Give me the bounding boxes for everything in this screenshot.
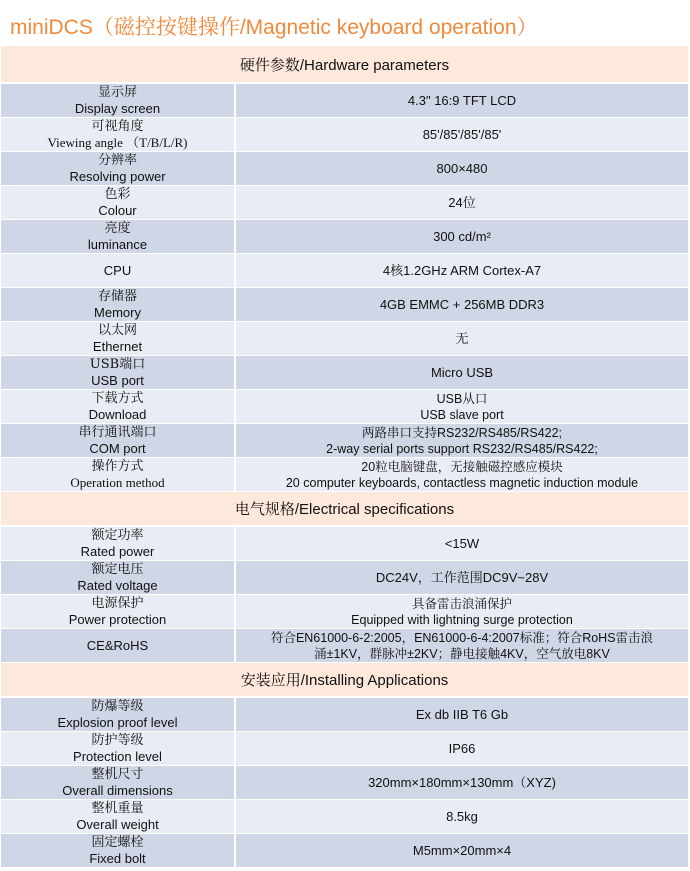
table-row: CPU4核1.2GHz ARM Cortex-A7 (1, 254, 688, 288)
spec-label-cell: 操作方式Operation method (1, 458, 236, 491)
spec-label-en: Power protection (69, 612, 167, 628)
section-header: 电气规格/Electrical specifications (1, 492, 688, 527)
spec-label-en: Display screen (75, 101, 160, 117)
spec-value-cell: USB从口USB slave port (236, 390, 688, 423)
spec-label-cell: 额定功率Rated power (1, 527, 236, 560)
spec-label-en: CPU (104, 263, 131, 279)
spec-label-cell: CE&RoHS (1, 629, 236, 662)
spec-label-cell: 整机重量Overall weight (1, 800, 236, 833)
spec-value-line: 涌±1KV，群脉冲±2KV；静电接触4KV，空气放电8KV (314, 646, 610, 662)
spec-value-line: 4核1.2GHz ARM Cortex-A7 (383, 263, 541, 279)
spec-value-line: 符合EN61000-6-2:2005，EN61000-6-4:2007标准；符合… (271, 630, 653, 646)
spec-label-zh: 色彩 (104, 187, 130, 203)
table-row: 色彩Colour24位 (1, 186, 688, 220)
spec-label-en: Protection level (73, 749, 162, 765)
spec-value-line: Equipped with lightning surge protection (351, 612, 573, 628)
spec-value-cell: 800×480 (236, 152, 688, 185)
table-row: 存储器Memory4GB EMMC + 256MB DDR3 (1, 288, 688, 322)
spec-label-zh: 整机重量 (91, 801, 143, 817)
spec-value-cell: DC24V，工作范围DC9V~28V (236, 561, 688, 594)
table-row: 防护等级Protection levelIP66 (1, 732, 688, 766)
spec-value-line: 20 computer keyboards, contactless magne… (286, 475, 638, 491)
spec-value-cell: 无 (236, 322, 688, 355)
spec-label-cell: 色彩Colour (1, 186, 236, 219)
spec-value-cell: 24位 (236, 186, 688, 219)
spec-label-zh: 操作方式 (91, 459, 143, 475)
spec-label-zh: 亮度 (104, 221, 130, 237)
spec-label-cell: USB端口USB port (1, 356, 236, 389)
table-row: 串行通讯端口COM port两路串口支持RS232/RS485/RS422;2-… (1, 424, 688, 458)
spec-value-cell: M5mm×20mm×4 (236, 834, 688, 867)
spec-label-zh: USB端口 (90, 357, 145, 373)
spec-label-en: Explosion proof level (58, 715, 178, 731)
spec-value-line: IP66 (449, 741, 476, 757)
table-row: 可视角度Viewing angle （T/B/L/R)85'/85'/85'/8… (1, 118, 688, 152)
spec-label-cell: 显示屏Display screen (1, 84, 236, 117)
spec-label-en: COM port (89, 441, 145, 457)
table-row: 显示屏Display screen4.3" 16:9 TFT LCD (1, 84, 688, 118)
spec-value-cell: IP66 (236, 732, 688, 765)
spec-label-cell: 亮度luminance (1, 220, 236, 253)
spec-value-cell: 4核1.2GHz ARM Cortex-A7 (236, 254, 688, 287)
spec-value-line: 无 (455, 331, 468, 347)
table-row: 以太网Ethernet无 (1, 322, 688, 356)
spec-label-en: Rated power (81, 544, 155, 560)
spec-value-line: M5mm×20mm×4 (413, 843, 511, 859)
spec-value-cell: 8.5kg (236, 800, 688, 833)
spec-label-zh: 电源保护 (91, 596, 143, 612)
spec-value-line: 320mm×180mm×130mm（XYZ) (368, 775, 556, 791)
spec-label-zh: 可视角度 (91, 119, 143, 135)
section-header: 硬件参数/Hardware parameters (1, 46, 688, 84)
spec-label-en: Overall dimensions (62, 783, 173, 799)
spec-value-line: DC24V，工作范围DC9V~28V (376, 570, 548, 586)
spec-value-cell: 20粒电脑键盘，无接触磁控感应模块20 computer keyboards, … (236, 458, 688, 491)
spec-label-zh: 显示屏 (98, 85, 137, 101)
spec-value-line: 20粒电脑键盘，无接触磁控感应模块 (361, 459, 562, 475)
table-row: 额定功率Rated power<15W (1, 527, 688, 561)
table-row: 亮度luminance300 cd/m² (1, 220, 688, 254)
spec-table: 硬件参数/Hardware parameters显示屏Display scree… (1, 46, 688, 868)
spec-label-en: USB port (91, 373, 144, 389)
spec-label-cell: 防爆等级Explosion proof level (1, 698, 236, 731)
spec-value-line: 2-way serial ports support RS232/RS485/R… (326, 441, 598, 457)
spec-label-en: CE&RoHS (87, 638, 148, 654)
spec-value-line: Ex db IIB T6 Gb (416, 707, 508, 723)
table-row: 下载方式DownloadUSB从口USB slave port (1, 390, 688, 424)
spec-value-cell: <15W (236, 527, 688, 560)
spec-label-cell: 以太网Ethernet (1, 322, 236, 355)
spec-value-line: 300 cd/m² (433, 229, 491, 245)
spec-value-cell: 4.3" 16:9 TFT LCD (236, 84, 688, 117)
table-row: CE&RoHS符合EN61000-6-2:2005，EN61000-6-4:20… (1, 629, 688, 663)
table-row: 操作方式Operation method20粒电脑键盘，无接触磁控感应模块20 … (1, 458, 688, 492)
spec-label-cell: 整机尺寸Overall dimensions (1, 766, 236, 799)
spec-label-cell: CPU (1, 254, 236, 287)
spec-label-en: Memory (94, 305, 141, 321)
spec-value-cell: 4GB EMMC + 256MB DDR3 (236, 288, 688, 321)
spec-value-line: 具备雷击浪涌保护 (412, 596, 512, 612)
spec-value-line: 8.5kg (446, 809, 478, 825)
spec-value-line: <15W (445, 536, 479, 552)
spec-label-en: Fixed bolt (89, 851, 145, 867)
spec-value-line: 24位 (448, 195, 475, 211)
spec-value-line: 4GB EMMC + 256MB DDR3 (380, 297, 544, 313)
table-row: 防爆等级Explosion proof levelEx db IIB T6 Gb (1, 698, 688, 732)
spec-label-en: Viewing angle （T/B/L/R) (47, 135, 187, 151)
spec-value-line: 85'/85'/85'/85' (423, 127, 502, 143)
spec-value-cell: Ex db IIB T6 Gb (236, 698, 688, 731)
spec-value-line: USB slave port (420, 407, 503, 423)
table-row: 整机尺寸Overall dimensions320mm×180mm×130mm（… (1, 766, 688, 800)
table-row: 分辨率Resolving power800×480 (1, 152, 688, 186)
spec-label-zh: 分辨率 (98, 153, 137, 169)
spec-label-zh: 下载方式 (91, 391, 143, 407)
page-title: miniDCS（磁控按键操作/Magnetic keyboard operati… (10, 14, 538, 42)
spec-value-cell: 两路串口支持RS232/RS485/RS422;2-way serial por… (236, 424, 688, 457)
spec-value-cell: 320mm×180mm×130mm（XYZ) (236, 766, 688, 799)
spec-label-cell: 固定螺栓Fixed bolt (1, 834, 236, 867)
spec-value-line: Micro USB (431, 365, 493, 381)
spec-label-zh: 防爆等级 (91, 699, 143, 715)
spec-label-en: Overall weight (76, 817, 158, 833)
spec-value-cell: 85'/85'/85'/85' (236, 118, 688, 151)
spec-label-cell: 存储器Memory (1, 288, 236, 321)
spec-label-zh: 额定功率 (91, 528, 143, 544)
spec-value-cell: 具备雷击浪涌保护Equipped with lightning surge pr… (236, 595, 688, 628)
spec-label-zh: 存储器 (98, 289, 137, 305)
spec-label-en: Ethernet (93, 339, 142, 355)
spec-label-cell: 分辨率Resolving power (1, 152, 236, 185)
spec-value-line: 两路串口支持RS232/RS485/RS422; (362, 425, 562, 441)
spec-label-zh: 以太网 (98, 323, 137, 339)
spec-value-cell: 300 cd/m² (236, 220, 688, 253)
spec-label-zh: 防护等级 (91, 733, 143, 749)
spec-label-cell: 额定电压Rated voltage (1, 561, 236, 594)
table-row: 固定螺栓Fixed boltM5mm×20mm×4 (1, 834, 688, 868)
spec-value-line: 800×480 (437, 161, 488, 177)
spec-label-cell: 电源保护Power protection (1, 595, 236, 628)
spec-label-cell: 可视角度Viewing angle （T/B/L/R) (1, 118, 236, 151)
spec-label-en: Resolving power (69, 169, 165, 185)
table-row: 电源保护Power protection具备雷击浪涌保护Equipped wit… (1, 595, 688, 629)
spec-value-line: 4.3" 16:9 TFT LCD (408, 93, 516, 109)
spec-label-en: Operation method (70, 475, 164, 491)
table-row: 整机重量Overall weight8.5kg (1, 800, 688, 834)
spec-label-cell: 串行通讯端口COM port (1, 424, 236, 457)
spec-label-zh: 额定电压 (91, 562, 143, 578)
spec-value-cell: Micro USB (236, 356, 688, 389)
spec-label-cell: 防护等级Protection level (1, 732, 236, 765)
spec-value-line: USB从口 (437, 391, 488, 407)
spec-label-en: luminance (88, 237, 147, 253)
section-header: 安装应用/Installing Applications (1, 663, 688, 698)
spec-label-zh: 固定螺栓 (91, 835, 143, 851)
table-row: 额定电压Rated voltageDC24V，工作范围DC9V~28V (1, 561, 688, 595)
spec-label-en: Download (89, 407, 147, 423)
spec-label-en: Colour (98, 203, 136, 219)
spec-value-cell: 符合EN61000-6-2:2005，EN61000-6-4:2007标准；符合… (236, 629, 688, 662)
spec-label-en: Rated voltage (77, 578, 157, 594)
table-row: USB端口USB portMicro USB (1, 356, 688, 390)
spec-label-cell: 下载方式Download (1, 390, 236, 423)
spec-label-zh: 串行通讯端口 (78, 425, 156, 441)
spec-label-zh: 整机尺寸 (91, 767, 143, 783)
